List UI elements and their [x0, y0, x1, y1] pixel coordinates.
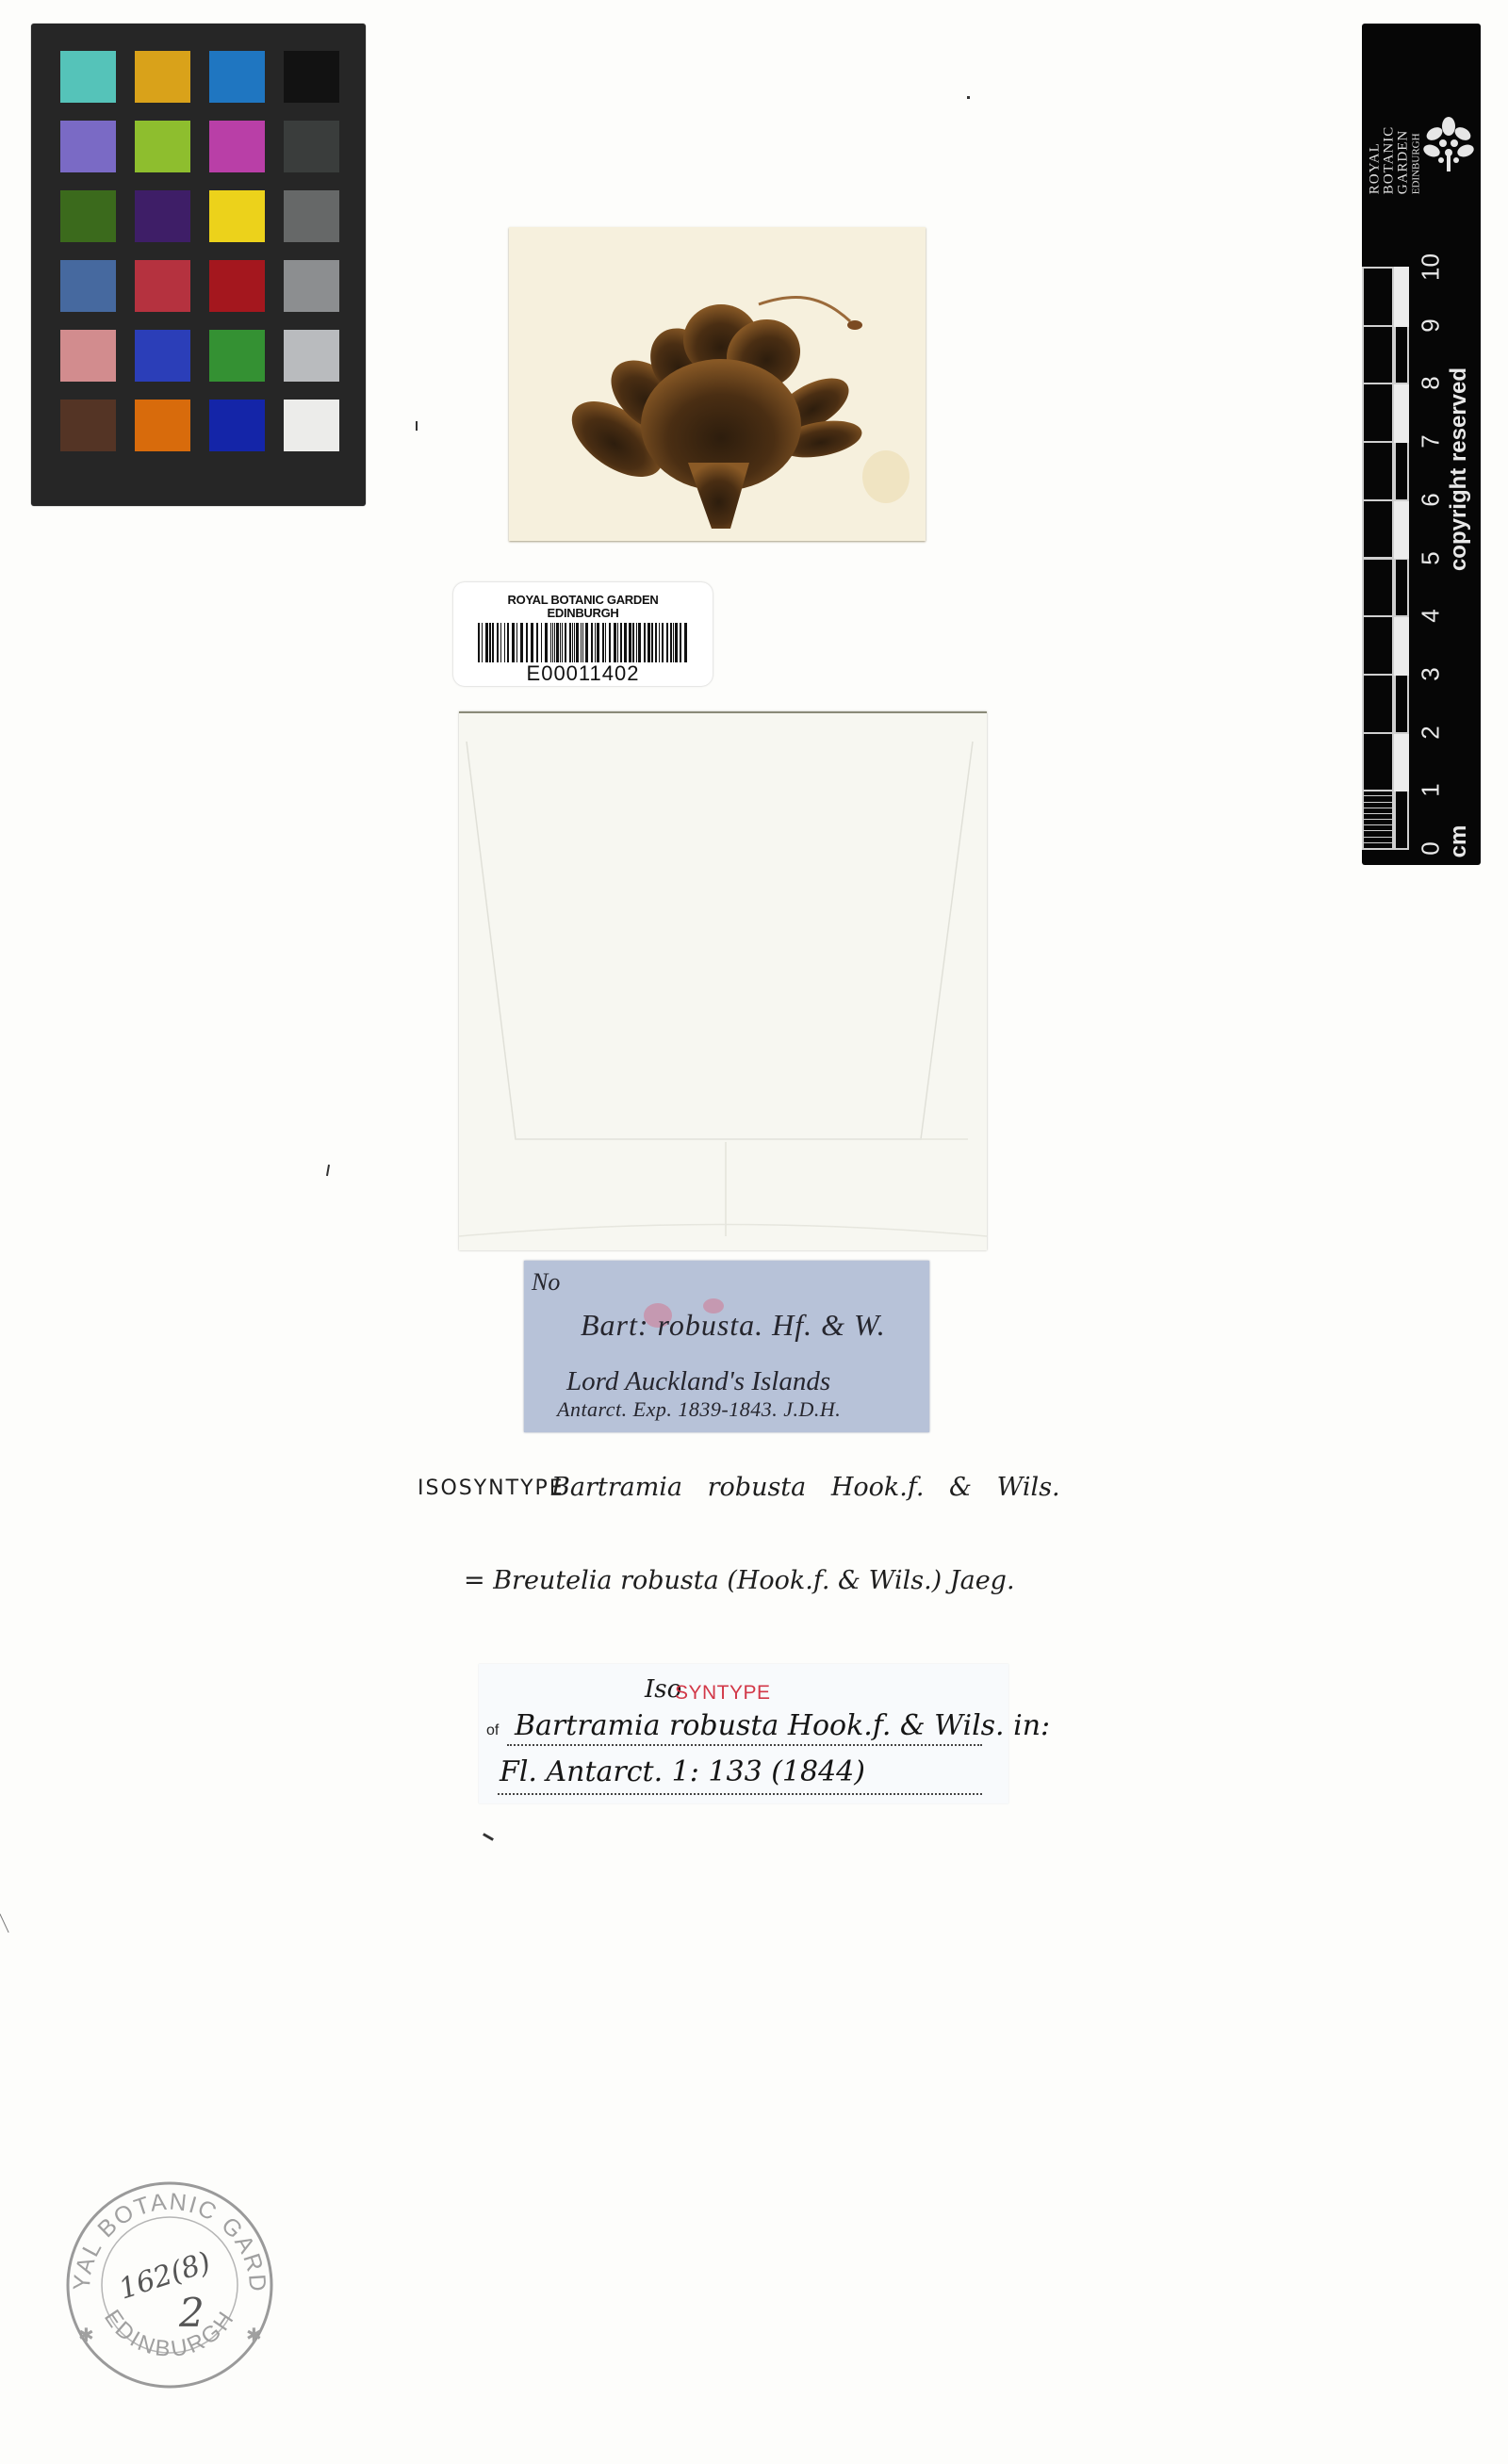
color-swatch	[60, 51, 116, 103]
color-swatch	[60, 190, 116, 242]
rbge-emblem-icon	[1420, 113, 1477, 173]
barcode-org-line2: EDINBURGH	[453, 607, 713, 620]
color-swatch	[209, 330, 265, 382]
color-swatch	[284, 51, 339, 103]
label-locality: Lord Auckland's Islands	[566, 1366, 830, 1397]
barcode-label: ROYAL BOTANIC GARDEN EDINBURGH E00011402	[453, 582, 713, 686]
scale-segment	[1394, 732, 1409, 792]
scale-segment	[1362, 732, 1394, 792]
specimen-envelope	[459, 711, 987, 1250]
scale-segment	[1394, 674, 1409, 734]
annotation-type-status: ISOSYNTYPE	[418, 1477, 565, 1500]
iso-taxon-citation: Bartramia robusta Hook.f. & Wils. in:	[515, 1709, 1050, 1742]
mm-tick	[1364, 824, 1392, 825]
color-swatch	[135, 190, 190, 242]
org-line: BOTANIC	[1383, 126, 1397, 194]
org-line: ROYAL	[1369, 126, 1383, 194]
label-number-prefix: No	[532, 1268, 560, 1297]
mm-tick	[1364, 813, 1392, 814]
color-swatch	[284, 190, 339, 242]
speck	[326, 1165, 330, 1176]
color-swatch	[284, 260, 339, 312]
color-swatch	[209, 400, 265, 451]
mm-tick	[1364, 837, 1392, 838]
color-calibration-chart	[31, 24, 366, 506]
scale-segment	[1394, 383, 1409, 443]
scale-number: 7	[1417, 423, 1446, 461]
scale-number: 6	[1417, 481, 1446, 518]
scale-segment	[1394, 558, 1409, 618]
annotation-synonym: = Breutelia robusta (Hook.f. & Wils.) Ja…	[464, 1566, 1015, 1595]
color-swatch	[135, 330, 190, 382]
speck	[0, 1914, 9, 1933]
speck	[967, 96, 970, 99]
mm-tick	[1364, 830, 1392, 831]
color-swatch	[60, 330, 116, 382]
color-swatch	[135, 51, 190, 103]
svg-text:EDINBURGH: EDINBURGH	[99, 2305, 240, 2362]
scale-number: 2	[1417, 713, 1446, 751]
scale-segment	[1362, 325, 1394, 385]
org-line: GARDEN	[1397, 126, 1411, 194]
barcode-id: E00011402	[453, 661, 713, 686]
scale-number: 9	[1417, 306, 1446, 344]
speck	[483, 1833, 494, 1841]
speck	[416, 421, 418, 431]
historical-collection-label: No Bart: robusta. Hf. & W. Lord Auckland…	[524, 1261, 929, 1432]
scale-number: 3	[1417, 655, 1446, 693]
color-swatch	[209, 190, 265, 242]
mm-tick	[1364, 808, 1392, 808]
color-swatch	[135, 121, 190, 172]
color-swatch	[135, 400, 190, 451]
color-swatch	[284, 121, 339, 172]
annotation-basionym: Bartramia robusta Hook.f. & Wils.	[551, 1473, 1060, 1502]
mm-tick	[1364, 842, 1392, 843]
scale-bar-org-text: ROYAL BOTANIC GARDEN EDINBURGH	[1369, 126, 1422, 194]
iso-of-prefix: of	[486, 1722, 499, 1739]
scale-copyright: copyright reserved	[1446, 367, 1472, 571]
scale-number: 10	[1417, 249, 1446, 286]
scale-segment	[1394, 267, 1409, 327]
scale-segment	[1394, 441, 1409, 501]
barcode-org: ROYAL BOTANIC GARDEN EDINBURGH	[453, 594, 713, 620]
scale-number: 0	[1417, 830, 1446, 868]
barcode-org-line1: ROYAL BOTANIC GARDEN	[453, 594, 713, 607]
label-expedition: Antarct. Exp. 1839-1843. J.D.H.	[557, 1397, 841, 1422]
scale-segment	[1362, 674, 1394, 734]
scale-unit: cm	[1446, 825, 1472, 858]
scale-segment	[1394, 325, 1409, 385]
scale-segment	[1362, 790, 1394, 850]
scale-segment	[1362, 267, 1394, 327]
color-swatch	[284, 330, 339, 382]
color-swatch	[135, 260, 190, 312]
mm-tick	[1364, 795, 1392, 796]
scale-number: 4	[1417, 597, 1446, 635]
dotted-line	[498, 1793, 982, 1795]
star-icon: ✱	[246, 2325, 262, 2346]
scale-number: 8	[1417, 365, 1446, 402]
color-swatch	[60, 400, 116, 451]
scale-segment	[1362, 615, 1394, 676]
color-swatch	[209, 51, 265, 103]
barcode-icon	[478, 623, 687, 662]
stamp-bottom-text: EDINBURGH	[99, 2305, 240, 2362]
specimen-card	[509, 227, 926, 541]
scale-segment	[1362, 558, 1394, 618]
scale-segment	[1362, 441, 1394, 501]
mm-tick	[1364, 802, 1392, 803]
envelope-fold-lines	[459, 713, 987, 1250]
scale-number: 5	[1417, 539, 1446, 577]
color-swatch	[209, 260, 265, 312]
color-swatch	[60, 260, 116, 312]
scale-segment	[1394, 790, 1409, 850]
scale-segment	[1394, 499, 1409, 560]
label-taxon-name: Bart: robusta. Hf. & W.	[581, 1308, 886, 1343]
scale-number: 1	[1417, 772, 1446, 809]
color-swatch	[284, 400, 339, 451]
scale-segment	[1394, 615, 1409, 676]
mm-tick	[1364, 819, 1392, 820]
scale-segment	[1362, 499, 1394, 560]
color-swatch	[209, 121, 265, 172]
dotted-line	[507, 1744, 982, 1746]
iso-publication: Fl. Antarct. 1: 133 (1844)	[500, 1755, 865, 1788]
star-icon: ✱	[78, 2325, 94, 2346]
scale-segment	[1362, 383, 1394, 443]
stamp-sub-number: 2	[179, 2290, 205, 2336]
color-swatch	[60, 121, 116, 172]
moss-specimen-image	[509, 227, 926, 541]
isosyntype-label: Iso SYNTYPE of Bartramia robusta Hook.f.…	[479, 1664, 1008, 1803]
iso-printed-title: SYNTYPE	[675, 1682, 771, 1705]
